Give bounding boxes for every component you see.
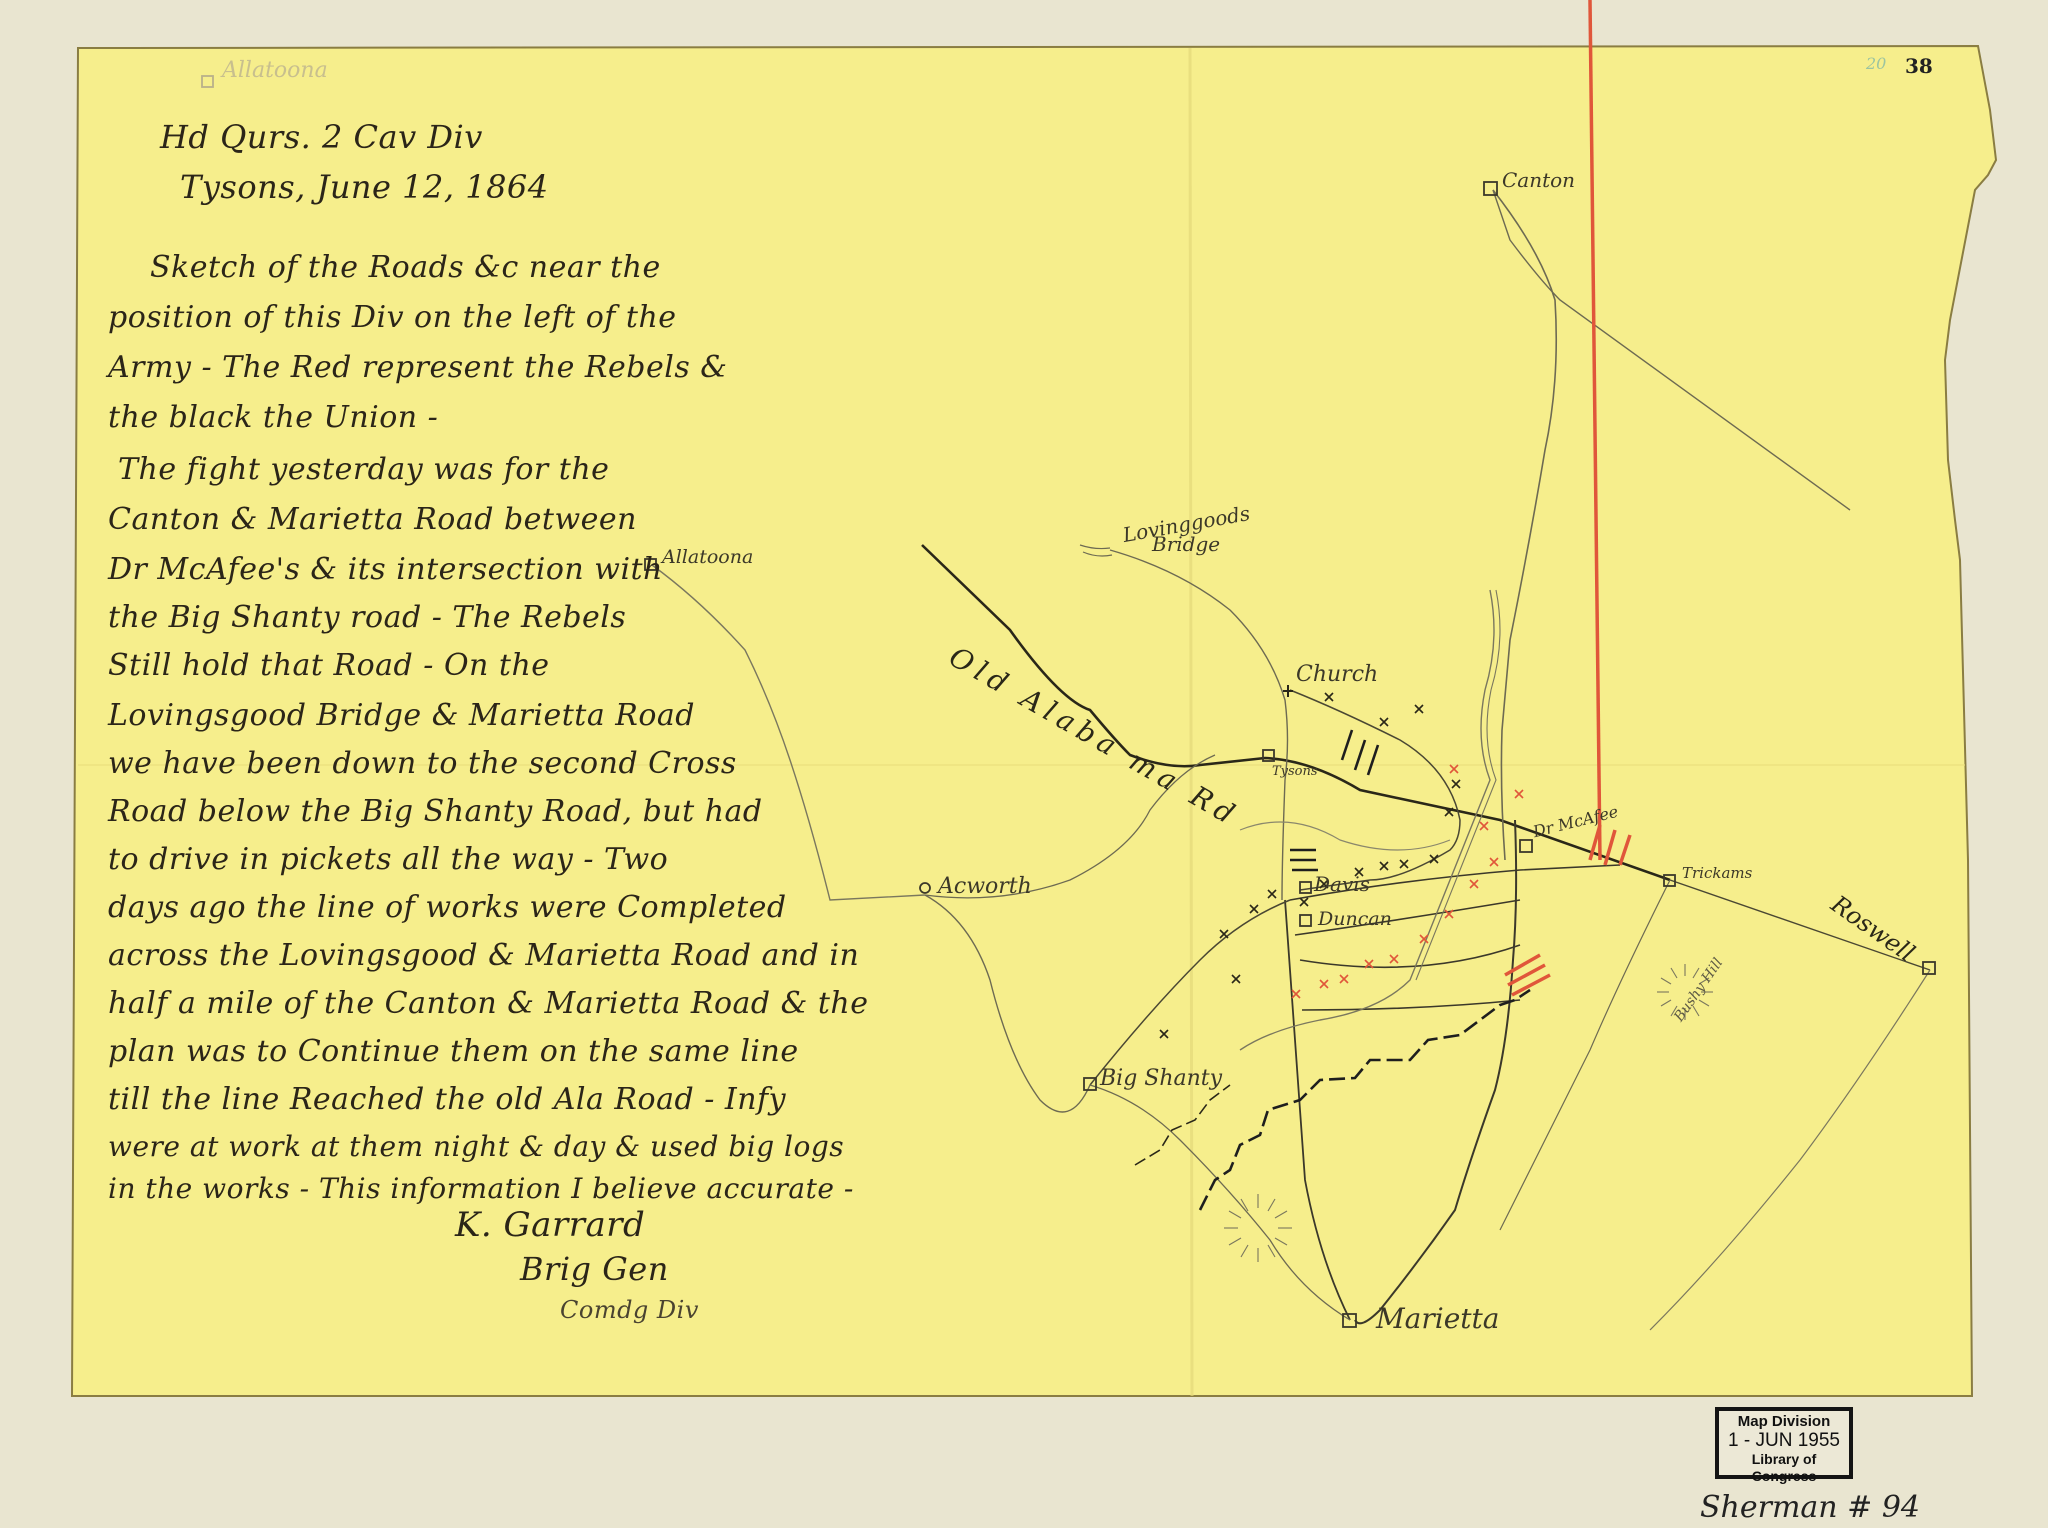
letter-line: across the Lovingsgood & Marietta Road a…: [108, 938, 859, 973]
letter-heading-line-1: Hd Qurs. 2 Cav Div: [160, 118, 483, 156]
letter-line: Dr McAfee's & its intersection with: [108, 552, 663, 587]
label-tysons: Tysons: [1272, 764, 1318, 779]
signature-command: Comdg Div: [560, 1296, 699, 1324]
letter-line: Army - The Red represent the Rebels &: [108, 350, 727, 385]
letter-line: in the works - This information I believ…: [108, 1172, 854, 1205]
letter-line: Still hold that Road - On the: [108, 648, 550, 683]
map-sheet: Allatoona Hd Qurs. 2 Cav Div Tysons, Jun…: [0, 0, 2048, 1528]
letter-line: the Big Shanty road - The Rebels: [108, 600, 626, 635]
library-stamp: Map Division 1 - JUN 1955 Library of Con…: [1715, 1407, 1853, 1479]
stamp-division: Map Division: [1719, 1413, 1849, 1430]
signature-name: K. Garrard: [455, 1205, 645, 1245]
label-marietta: Marietta: [1376, 1302, 1499, 1335]
label-acworth: Acworth: [938, 874, 1032, 899]
letter-heading-line-2: Tysons, June 12, 1864: [180, 168, 549, 206]
letter-line: plan was to Continue them on the same li…: [108, 1034, 799, 1069]
label-davis: Davis: [1314, 872, 1370, 896]
letter-line: we have been down to the second Cross: [108, 746, 737, 781]
letter-line: Sketch of the Roads &c near the: [150, 250, 661, 285]
catalog-number: Sherman # 94: [1700, 1490, 1920, 1525]
stamp-institution: Library of Congress: [1719, 1451, 1849, 1485]
letter-line: were at work at them night & day & used …: [108, 1130, 844, 1163]
label-lovinggoods-2: Bridge: [1152, 532, 1220, 556]
signature-rank: Brig Gen: [520, 1250, 669, 1288]
letter-line: half a mile of the Canton & Marietta Roa…: [108, 986, 869, 1021]
letter-line: Canton & Marietta Road between: [108, 502, 637, 537]
label-church: Church: [1296, 662, 1378, 687]
pencil-number: 20: [1866, 54, 1886, 73]
letter-line: till the line Reached the old Ala Road -…: [108, 1082, 786, 1117]
label-duncan: Duncan: [1318, 908, 1392, 930]
label-canton: Canton: [1502, 168, 1575, 192]
stamp-date: 1 - JUN 1955: [1719, 1430, 1849, 1451]
letter-line: Road below the Big Shanty Road, but had: [108, 794, 763, 829]
label-allatoona: Allatoona: [662, 546, 753, 568]
letter-line: Lovingsgood Bridge & Marietta Road: [108, 698, 695, 733]
label-trickams: Trickams: [1682, 864, 1752, 882]
label-big-shanty: Big Shanty: [1100, 1066, 1222, 1091]
letter-line: the black the Union -: [108, 400, 438, 435]
letter-line: The fight yesterday was for the: [118, 452, 609, 487]
label-allatoona-faint: Allatoona: [222, 58, 328, 83]
letter-line: position of this Div on the left of the: [108, 300, 677, 335]
page-number: 38: [1905, 54, 1933, 78]
letter-line: to drive in pickets all the way - Two: [108, 842, 668, 877]
letter-line: days ago the line of works were Complete…: [108, 890, 787, 925]
